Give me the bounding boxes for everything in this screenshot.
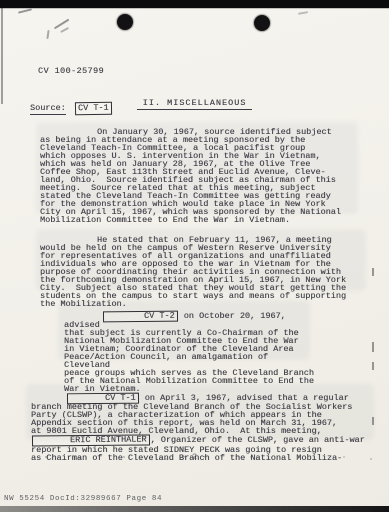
margin-tick-mark	[372, 342, 374, 352]
paragraph-teach-in-meeting: On January 30, 1967, source identified s…	[40, 128, 362, 224]
pencil-mark	[46, 30, 49, 39]
scan-specks	[45, 456, 47, 458]
file-number: CV 100-25799	[38, 66, 104, 76]
source-label: Source:	[30, 103, 66, 115]
source-line: Source: CV T-1	[30, 102, 111, 115]
pencil-mark	[18, 8, 32, 13]
hole-punch-mark	[254, 15, 270, 31]
source-id-box: CV T-1	[67, 392, 139, 403]
pencil-mark	[60, 27, 69, 33]
source-id-box: CV T-2	[103, 310, 178, 321]
paragraph-cvt2-block: CV T-2 on October 20, 1967, advised that…	[64, 311, 314, 394]
margin-tick-mark	[372, 268, 374, 276]
source-id-box: CV T-1	[75, 102, 112, 115]
page-edge-line	[1, 8, 3, 104]
hole-punch-mark	[117, 14, 133, 30]
archive-footer: NW 55254 DocId:32989667 Page 84	[4, 495, 162, 503]
paragraph-text: on October 20, 1967, advised that subjec…	[64, 311, 314, 395]
scan-edge-bottom	[0, 506, 389, 512]
scanned-page: { "document": { "file_number": "CV 100-2…	[0, 0, 389, 512]
page-number: - 2 -	[0, 452, 389, 462]
margin-tick-mark	[372, 362, 374, 370]
scan-edge-top	[0, 0, 389, 8]
pencil-mark	[298, 11, 308, 15]
paragraph-wru-meeting: He stated that on February 11, 1967, a m…	[40, 236, 370, 308]
section-heading: II. MISCELLANEOUS	[137, 98, 253, 110]
redaction-name-box: ERIC REINTHALER	[32, 434, 150, 446]
